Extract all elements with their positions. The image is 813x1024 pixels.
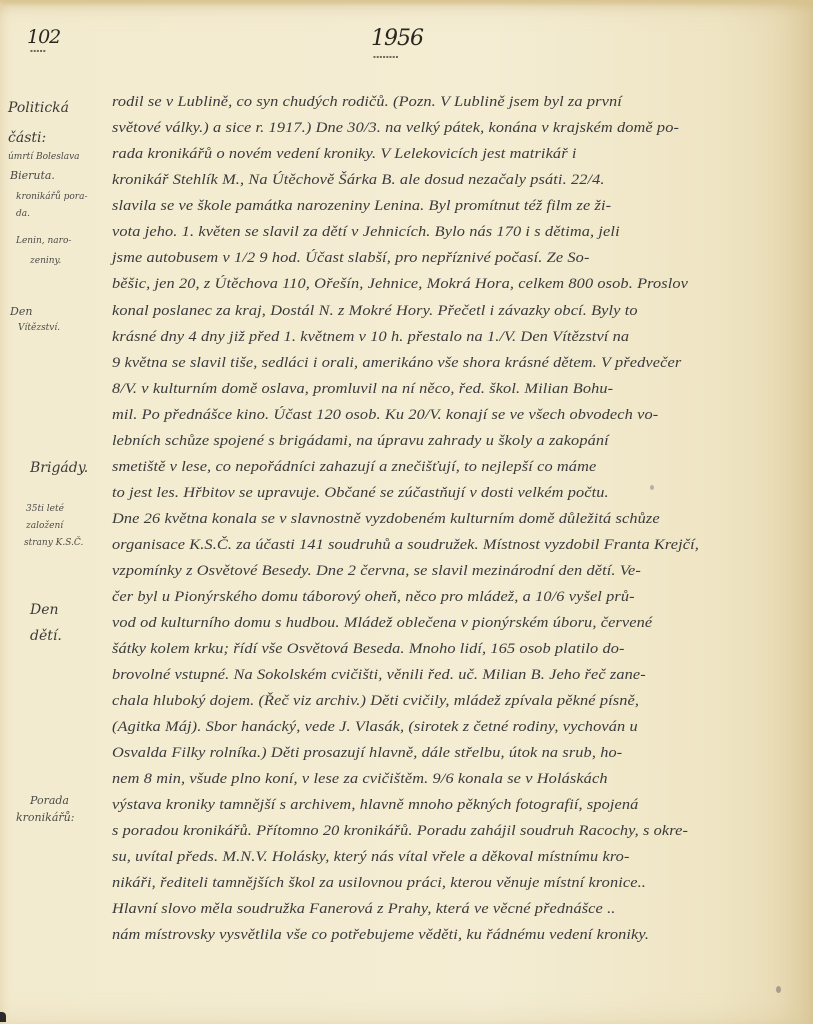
handwritten-line: výstava kroniky tamnější s archivem, hla… bbox=[112, 797, 638, 814]
handwritten-line: čer byl u Pionýrského domu táborový oheň… bbox=[112, 589, 635, 606]
handwritten-line: organisace K.S.Č. za účasti 141 soudruhů… bbox=[112, 537, 699, 554]
handwritten-line: Hlavní slovo měla soudružka Fanerová z P… bbox=[112, 901, 615, 918]
handwritten-line: nám místrovsky vysvětlila vše co potřebu… bbox=[112, 927, 649, 944]
handwritten-line: Dne 26 května konala se v slavnostně vyz… bbox=[112, 511, 660, 528]
handwritten-line: jsme autobusem v 1/2 9 hod. Účast slabší… bbox=[112, 250, 590, 267]
margin-note: Vítězství. bbox=[18, 323, 60, 333]
handwritten-line: rodil se v Lublině, co syn chudých rodič… bbox=[112, 94, 622, 111]
handwritten-line: mil. Po přednášce kino. Účast 120 osob. … bbox=[112, 407, 658, 424]
handwritten-line: 9 května se slavil tiše, sedláci i orali… bbox=[112, 355, 681, 372]
handwritten-line: smetiště v lese, co nepořádníci zahazují… bbox=[112, 459, 596, 476]
margin-note: úmrtí Boleslava bbox=[8, 152, 80, 162]
margin-note: zeniny. bbox=[30, 256, 61, 266]
handwritten-line: světové války.) a sice r. 1917.) Dne 30/… bbox=[112, 120, 679, 137]
handwritten-line: to jest les. Hřbitov se upravuje. Občané… bbox=[112, 485, 609, 502]
handwritten-line: brovolné vstupné. Na Sokolském cvičišti,… bbox=[112, 667, 646, 684]
page-year-heading: 1956 bbox=[371, 26, 423, 51]
handwritten-line: běšic, jen 20, z Útěchova 110, Ořešín, J… bbox=[112, 276, 688, 293]
year-stamp: ▪▪▪▪▪▪▪▪ bbox=[373, 54, 399, 59]
paper-spot bbox=[776, 986, 781, 993]
handwritten-line: 8/V. v kulturním domě oslava, promluvil … bbox=[112, 381, 613, 398]
handwritten-line: (Agitka Máj). Sbor hanácký, vede J. Vlas… bbox=[112, 719, 638, 736]
handwritten-line: slavila se ve škole památka narozeniny L… bbox=[112, 198, 611, 215]
handwritten-line: nikáři, řediteli tamnějších škol za usil… bbox=[112, 875, 646, 892]
handwritten-line: nem 8 min, všude plno koní, v lese za cv… bbox=[112, 771, 608, 788]
chronicle-page: 102 ▪▪▪▪▪ 1956 ▪▪▪▪▪▪▪▪ Politickáčásti:ú… bbox=[0, 0, 813, 1024]
margin-note: 35ti leté bbox=[26, 504, 64, 514]
margin-note: strany K.S.Č. bbox=[24, 538, 83, 548]
handwritten-line: kronikář Stehlík M., Na Útěchově Šárka B… bbox=[112, 172, 605, 189]
margin-note: části: bbox=[8, 130, 46, 146]
margin-note: kronikářů: bbox=[16, 812, 74, 825]
margin-note: dětí. bbox=[30, 628, 62, 644]
handwritten-line: vzpomínky z Osvětové Besedy. Dne 2 červn… bbox=[112, 563, 641, 580]
margin-note: Den bbox=[30, 602, 59, 618]
handwritten-line: rada kronikářů o novém vedení kroniky. V… bbox=[112, 146, 577, 163]
page-top-edge bbox=[0, 0, 813, 6]
handwritten-line: Osvalda Filky rolníka.) Děti prosazují h… bbox=[112, 745, 622, 762]
handwritten-line: chala hluboký dojem. (Řeč viz archiv.) D… bbox=[112, 693, 639, 710]
margin-note: Brigády. bbox=[30, 460, 88, 476]
handwritten-line: krásné dny 4 dny již před 1. květnem v 1… bbox=[112, 329, 629, 346]
handwritten-line: šátky kolem krku; řídí vše Osvětová Bese… bbox=[112, 641, 625, 658]
paper-spot bbox=[650, 485, 654, 490]
handwritten-line: vota jeho. 1. květen se slavil za dětí v… bbox=[112, 224, 620, 241]
margin-note: Den bbox=[10, 306, 32, 319]
margin-note: založení bbox=[26, 521, 63, 531]
margin-note: Bieruta. bbox=[10, 170, 55, 183]
page-corner-mark bbox=[0, 1012, 6, 1022]
margin-note: Lenin, naro- bbox=[16, 236, 71, 246]
handwritten-line: lebních schůze spojené s brigádami, na ú… bbox=[112, 433, 609, 450]
handwritten-line: su, uvítal předs. M.N.V. Holásky, který … bbox=[112, 849, 630, 866]
handwritten-line: vod od kulturního domu s hudbou. Mládež … bbox=[112, 615, 652, 632]
margin-notes: Politickáčásti:úmrtí BoleslavaBieruta.kr… bbox=[0, 0, 110, 1024]
margin-note: da. bbox=[16, 209, 30, 219]
handwritten-line: konal poslanec za kraj, Dostál N. z Mokr… bbox=[112, 303, 638, 320]
margin-note: Politická bbox=[8, 100, 69, 116]
margin-note: kronikářů pora- bbox=[16, 192, 88, 202]
margin-note: Porada bbox=[30, 795, 69, 808]
handwritten-line: s poradou kronikářů. Přítomno 20 kroniká… bbox=[112, 823, 688, 840]
